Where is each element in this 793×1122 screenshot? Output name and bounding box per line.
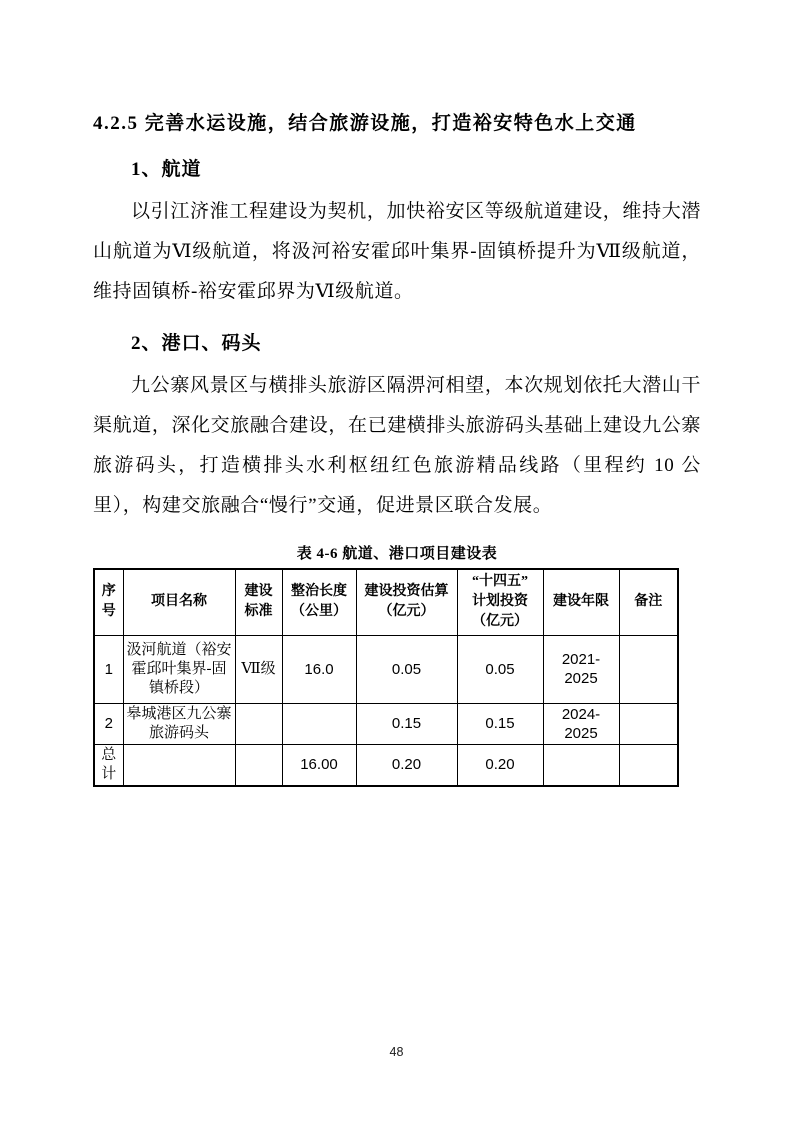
col-header-length: 整治长度 （公里）	[282, 569, 356, 635]
cell-remarks	[619, 744, 678, 786]
cell-investment-estimate: 0.15	[356, 703, 457, 744]
cell-project-name: 皋城港区九公寨旅游码头	[123, 703, 235, 744]
col-header-planned-investment: “十四五” 计划投资 （亿元）	[457, 569, 543, 635]
projects-table: 序 号 项目名称 建设 标准 整治长度 （公里） 建设投资估算 （亿元） “十四…	[93, 568, 679, 787]
subheading-channel: 1、航道	[131, 156, 701, 184]
cell-investment-estimate: 0.05	[356, 635, 457, 703]
cell-construction-years	[543, 744, 619, 786]
cell-project-name	[123, 744, 235, 786]
table-total-row: 总计 16.00 0.20 0.20	[94, 744, 678, 786]
table-row: 2 皋城港区九公寨旅游码头 0.15 0.15 2024-2025	[94, 703, 678, 744]
table-caption: 表 4-6 航道、港口项目建设表	[93, 542, 701, 563]
cell-planned-investment-total: 0.20	[457, 744, 543, 786]
subheading-port: 2、港口、码头	[131, 330, 701, 358]
col-header-seq: 序 号	[94, 569, 123, 635]
cell-planned-investment: 0.05	[457, 635, 543, 703]
section-heading: 4.2.5 完善水运设施，结合旅游设施，打造裕安特色水上交通	[93, 110, 701, 138]
cell-construction-years: 2021-2025	[543, 635, 619, 703]
col-header-investment-estimate: 建设投资估算 （亿元）	[356, 569, 457, 635]
col-header-remarks: 备注	[619, 569, 678, 635]
paragraph-channel: 以引江济淮工程建设为契机，加快裕安区等级航道建设，维持大潜山航道为Ⅵ级航道，将汲…	[93, 192, 701, 312]
cell-seq: 2	[94, 703, 123, 744]
cell-project-name: 汲河航道（裕安霍邱叶集界-固镇桥段）	[123, 635, 235, 703]
cell-standard: Ⅶ级	[235, 635, 282, 703]
cell-remarks	[619, 703, 678, 744]
cell-length: 16.0	[282, 635, 356, 703]
page-number: 48	[0, 1045, 793, 1059]
cell-total-label: 总计	[94, 744, 123, 786]
cell-investment-estimate-total: 0.20	[356, 744, 457, 786]
cell-standard	[235, 703, 282, 744]
col-header-standard: 建设 标准	[235, 569, 282, 635]
cell-length	[282, 703, 356, 744]
cell-planned-investment: 0.15	[457, 703, 543, 744]
paragraph-port: 九公寨风景区与横排头旅游区隔淠河相望，本次规划依托大潜山干渠航道，深化交旅融合建…	[93, 366, 701, 526]
col-header-construction-years: 建设年限	[543, 569, 619, 635]
table-row: 1 汲河航道（裕安霍邱叶集界-固镇桥段） Ⅶ级 16.0 0.05 0.05 2…	[94, 635, 678, 703]
cell-construction-years: 2024-2025	[543, 703, 619, 744]
cell-remarks	[619, 635, 678, 703]
cell-standard	[235, 744, 282, 786]
col-header-project-name: 项目名称	[123, 569, 235, 635]
document-page: 4.2.5 完善水运设施，结合旅游设施，打造裕安特色水上交通 1、航道 以引江济…	[0, 0, 793, 1122]
table-header-row: 序 号 项目名称 建设 标准 整治长度 （公里） 建设投资估算 （亿元） “十四…	[94, 569, 678, 635]
cell-seq: 1	[94, 635, 123, 703]
cell-length-total: 16.00	[282, 744, 356, 786]
